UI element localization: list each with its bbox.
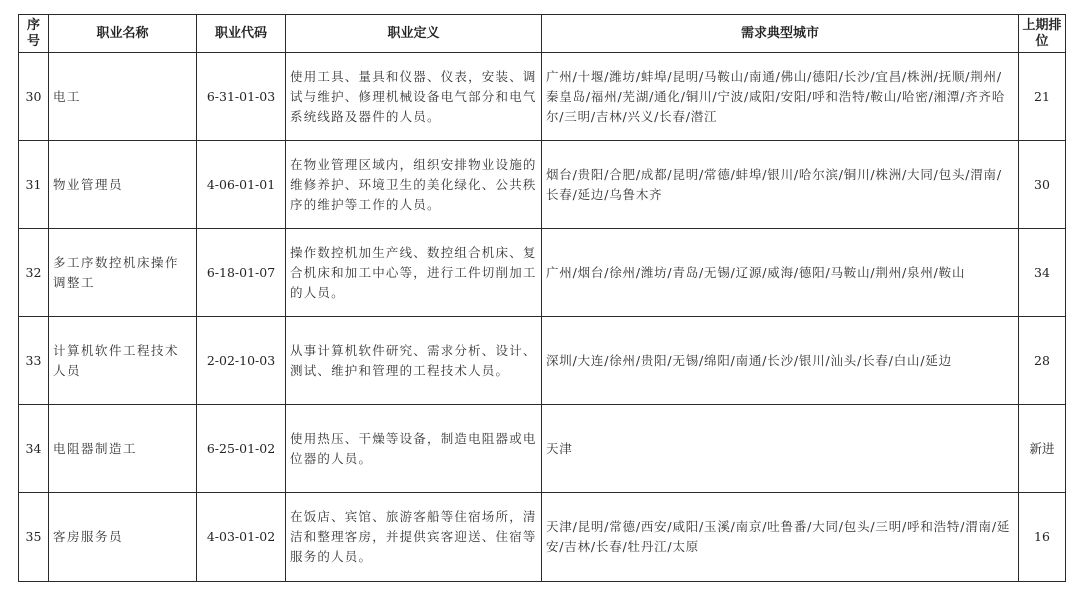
typical-cities: 天津 [542, 405, 1019, 493]
occupation-name: 多工序数控机床操作调整工 [49, 229, 197, 317]
occupation-definition: 从事计算机软件研究、需求分析、设计、测试、维护和管理的工程技术人员。 [286, 317, 542, 405]
previous-rank: 16 [1019, 493, 1066, 582]
header-no: 序号 [19, 15, 49, 53]
header-typical-cities: 需求典型城市 [542, 15, 1019, 53]
occupation-table: 序号 职业名称 职业代码 职业定义 需求典型城市 上期排位 30 电工 6-31… [18, 14, 1066, 582]
previous-rank: 30 [1019, 141, 1066, 229]
table-row: 33 计算机软件工程技术人员 2-02-10-03 从事计算机软件研究、需求分析… [19, 317, 1066, 405]
table-row: 34 电阻器制造工 6-25-01-02 使用热压、干燥等设备，制造电阻器或电位… [19, 405, 1066, 493]
table-row: 32 多工序数控机床操作调整工 6-18-01-07 操作数控机加生产线、数控组… [19, 229, 1066, 317]
occupation-code: 6-18-01-07 [197, 229, 286, 317]
typical-cities: 广州/烟台/徐州/潍坊/青岛/无锡/辽源/威海/德阳/马鞍山/荆州/泉州/鞍山 [542, 229, 1019, 317]
table-row: 35 客房服务员 4-03-01-02 在饭店、宾馆、旅游客船等住宿场所，清洁和… [19, 493, 1066, 582]
occupation-definition: 操作数控机加生产线、数控组合机床、复合机床和加工中心等，进行工件切削加工的人员。 [286, 229, 542, 317]
table-row: 30 电工 6-31-01-03 使用工具、量具和仪器、仪表，安装、调试与维护、… [19, 53, 1066, 141]
header-occupation-code: 职业代码 [197, 15, 286, 53]
occupation-name: 计算机软件工程技术人员 [49, 317, 197, 405]
occupation-code: 4-03-01-02 [197, 493, 286, 582]
row-number: 35 [19, 493, 49, 582]
occupation-definition: 在饭店、宾馆、旅游客船等住宿场所，清洁和整理客房，并提供宾客迎送、住宿等服务的人… [286, 493, 542, 582]
typical-cities: 烟台/贵阳/合肥/成都/昆明/常德/蚌埠/银川/哈尔滨/铜川/株洲/大同/包头/… [542, 141, 1019, 229]
previous-rank: 新进 [1019, 405, 1066, 493]
table-row: 31 物业管理员 4-06-01-01 在物业管理区域内，组织安排物业设施的维修… [19, 141, 1066, 229]
previous-rank: 34 [1019, 229, 1066, 317]
typical-cities: 深圳/大连/徐州/贵阳/无锡/绵阳/南通/长沙/银川/汕头/长春/白山/延边 [542, 317, 1019, 405]
occupation-code: 6-31-01-03 [197, 53, 286, 141]
occupation-name: 电阻器制造工 [49, 405, 197, 493]
header-occupation-name: 职业名称 [49, 15, 197, 53]
row-number: 30 [19, 53, 49, 141]
previous-rank: 28 [1019, 317, 1066, 405]
occupation-code: 4-06-01-01 [197, 141, 286, 229]
typical-cities: 广州/十堰/潍坊/蚌埠/昆明/马鞍山/南通/佛山/德阳/长沙/宜昌/株洲/抚顺/… [542, 53, 1019, 141]
previous-rank: 21 [1019, 53, 1066, 141]
row-number: 33 [19, 317, 49, 405]
header-previous-rank: 上期排位 [1019, 15, 1066, 53]
typical-cities: 天津/昆明/常德/西安/咸阳/玉溪/南京/吐鲁番/大同/包头/三明/呼和浩特/渭… [542, 493, 1019, 582]
occupation-definition: 使用热压、干燥等设备，制造电阻器或电位器的人员。 [286, 405, 542, 493]
occupation-code: 2-02-10-03 [197, 317, 286, 405]
occupation-definition: 在物业管理区域内，组织安排物业设施的维修养护、环境卫生的美化绿化、公共秩序的维护… [286, 141, 542, 229]
occupation-name: 物业管理员 [49, 141, 197, 229]
occupation-name: 电工 [49, 53, 197, 141]
table-header-row: 序号 职业名称 职业代码 职业定义 需求典型城市 上期排位 [19, 15, 1066, 53]
header-occupation-definition: 职业定义 [286, 15, 542, 53]
occupation-definition: 使用工具、量具和仪器、仪表，安装、调试与维护、修理机械设备电气部分和电气系统线路… [286, 53, 542, 141]
row-number: 32 [19, 229, 49, 317]
occupation-name: 客房服务员 [49, 493, 197, 582]
occupation-code: 6-25-01-02 [197, 405, 286, 493]
row-number: 31 [19, 141, 49, 229]
row-number: 34 [19, 405, 49, 493]
